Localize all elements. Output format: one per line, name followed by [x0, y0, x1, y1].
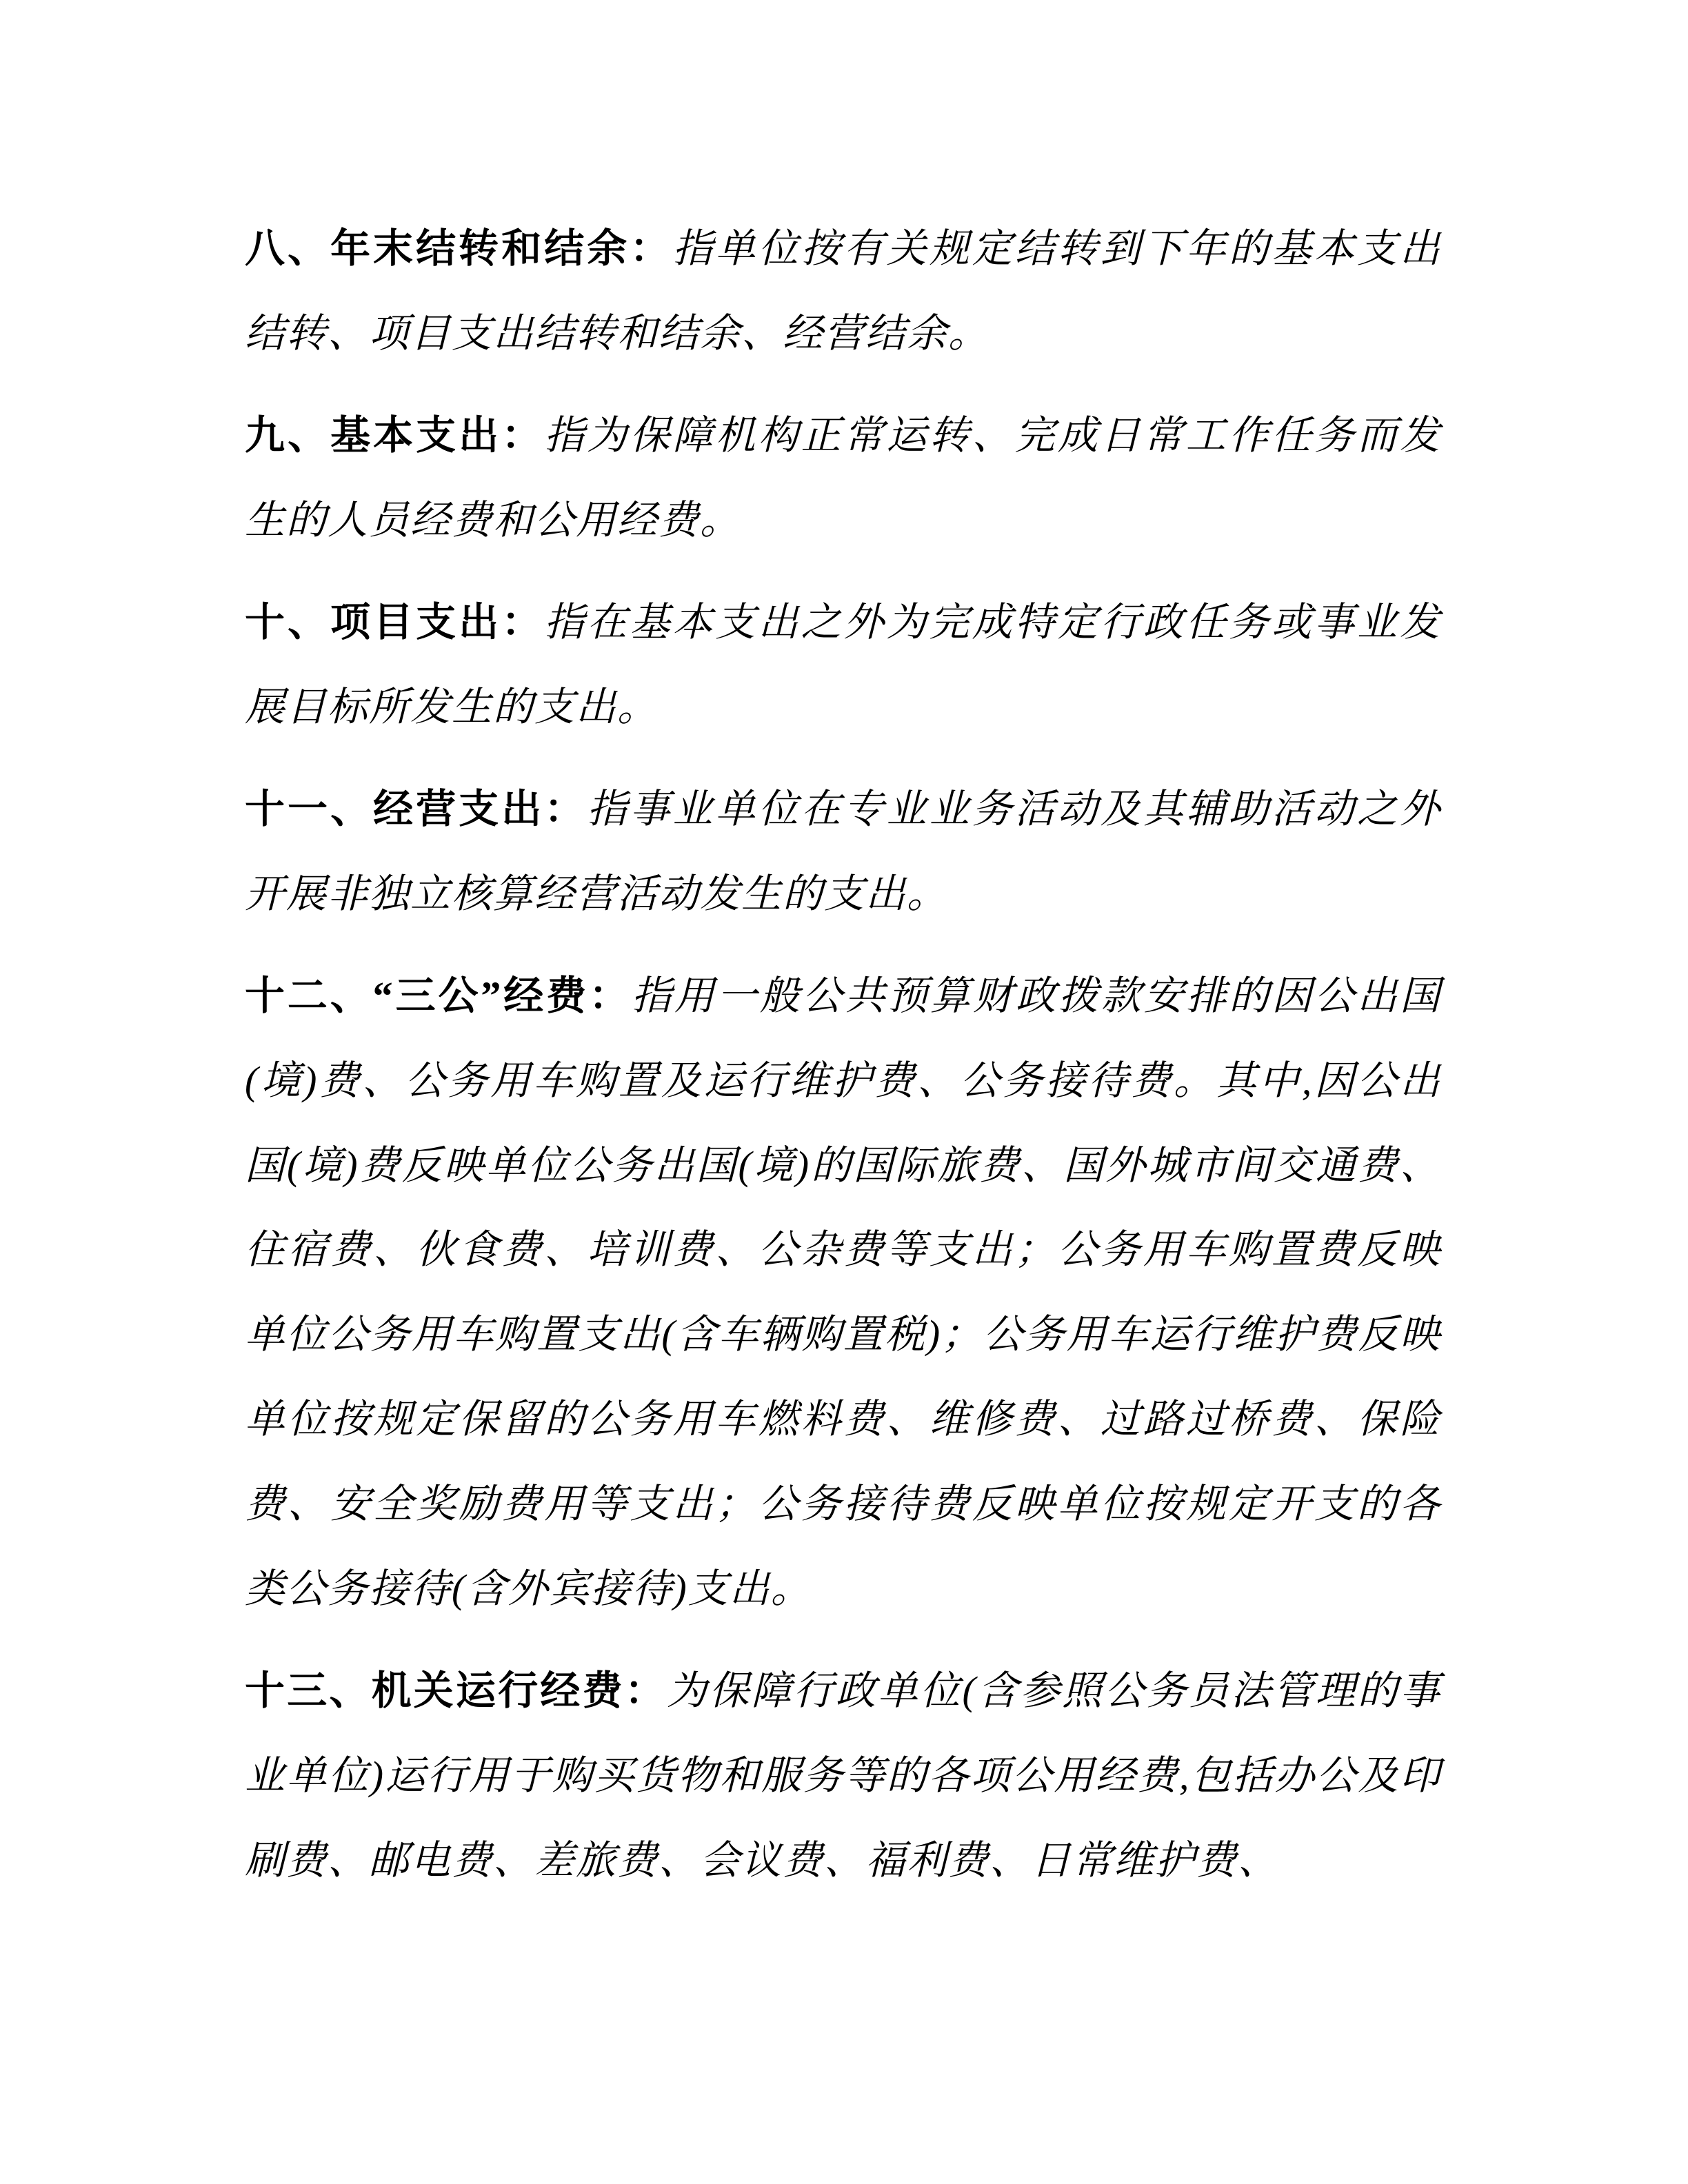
definition-paragraph-10: 十、项目支出：指在基本支出之外为完成特定行政任务或事业发展目标所发生的支出。: [245, 580, 1441, 750]
term-label: 九、基本支出：: [245, 413, 544, 458]
definition-paragraph-12: 十二、“三公”经费：指用一般公共预算财政拨款安排的因公出国(境)费、公务用车购置…: [245, 954, 1441, 1632]
definition-paragraph-13: 十三、机关运行经费：为保障行政单位(含参照公务员法管理的事业单位)运行用于购买货…: [245, 1649, 1441, 1903]
definition-text: 指用一般公共预算财政拨款安排的因公出国(境)费、公务用车购置及运行维护费、公务接…: [245, 973, 1441, 1612]
term-label: 十一、经营支出：: [245, 787, 587, 831]
definition-paragraph-11: 十一、经营支出：指事业单位在专业业务活动及其辅助活动之外开展非独立核算经营活动发…: [245, 767, 1441, 937]
definition-paragraph-8: 八、年末结转和结余：指单位按有关规定结转到下年的基本支出结转、项目支出结转和结余…: [245, 207, 1441, 376]
term-label: 十、项目支出：: [245, 600, 544, 645]
document-page: 八、年末结转和结余：指单位按有关规定结转到下年的基本支出结转、项目支出结转和结余…: [0, 0, 1688, 2184]
term-label: 十三、机关运行经费：: [245, 1668, 667, 1713]
term-label: 十二、“三公”经费：: [245, 973, 632, 1018]
definition-paragraph-9: 九、基本支出：指为保障机构正常运转、完成日常工作任务而发生的人员经费和公用经费。: [245, 394, 1441, 563]
term-label: 八、年末结转和结余：: [245, 226, 672, 271]
